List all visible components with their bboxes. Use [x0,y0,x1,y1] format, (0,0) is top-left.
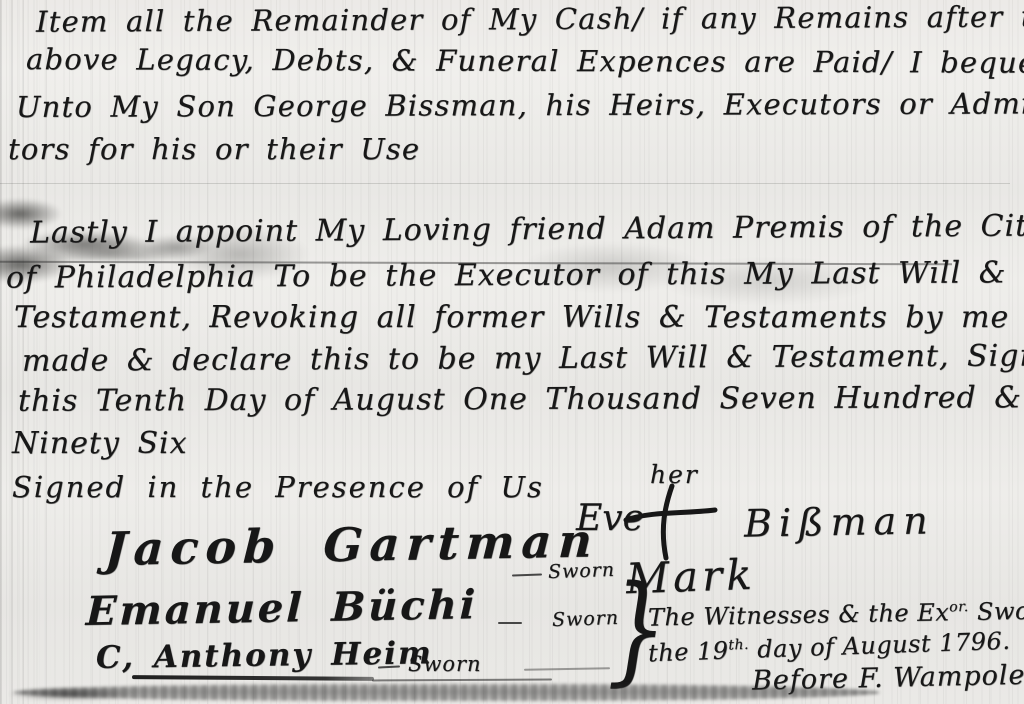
heim-underline [132,675,374,681]
pen-dash [498,622,522,624]
witness-signature: C, Anthony Heim [96,635,433,676]
will-text-line: tors for his or their Use [8,132,420,166]
scan-artifact-bottom-band [14,684,880,701]
will-text-line: Unto My Son George Bissman, his Heirs, E… [16,86,1024,124]
probate-text: the 19 [648,637,729,668]
probate-line-witnesses-sworn: The Witnesses & the Exor. Sworn [648,596,1024,631]
will-text-line: Testament, Revoking all former Wills & T… [14,300,1009,335]
testatrix-surname: Bißman [744,498,935,545]
stray-line-segment [524,667,610,671]
probate-text: The Witnesses & the Ex [648,598,950,631]
will-text-line: of Philadelphia To be the Executor of th… [6,255,1007,295]
witness-heading: Signed in the Presence of Us [12,470,544,504]
witness-signature: Jacob Gartman [104,513,601,576]
scanned-will-document: Item all the Remainder of My Cash/ if an… [0,0,1024,704]
scan-artifact-bottom-left-blob [10,686,160,702]
probate-line-before: Before F. Wampole Reg [752,658,1024,696]
will-text-line: Lastly I appoint My Loving friend Adam P… [30,208,1024,250]
will-text-line: Item all the Remainder of My Cash/ if an… [36,0,1024,39]
probate-text: day of August 1796. [749,627,1011,664]
fold-line-faint [0,183,1010,184]
will-text-line: above Legacy, Debts, & Funeral Expences … [26,42,1024,80]
will-text-line: made & declare this to be my Last Will &… [22,338,1024,379]
heim-underline-trail [372,679,552,682]
will-text-line: Ninety Six [12,426,188,461]
probate-text: Sworn [969,596,1024,626]
probate-superscript: or. [949,599,969,615]
pen-dash [512,573,542,576]
probate-superscript: th. [728,637,749,654]
sworn-label: Sworn [408,652,482,676]
will-text-line: this Tenth Day of August One Thousand Se… [18,380,1022,419]
witness-signature: Emanuel Büchi [85,581,479,635]
sworn-label: Sworn [548,559,616,583]
